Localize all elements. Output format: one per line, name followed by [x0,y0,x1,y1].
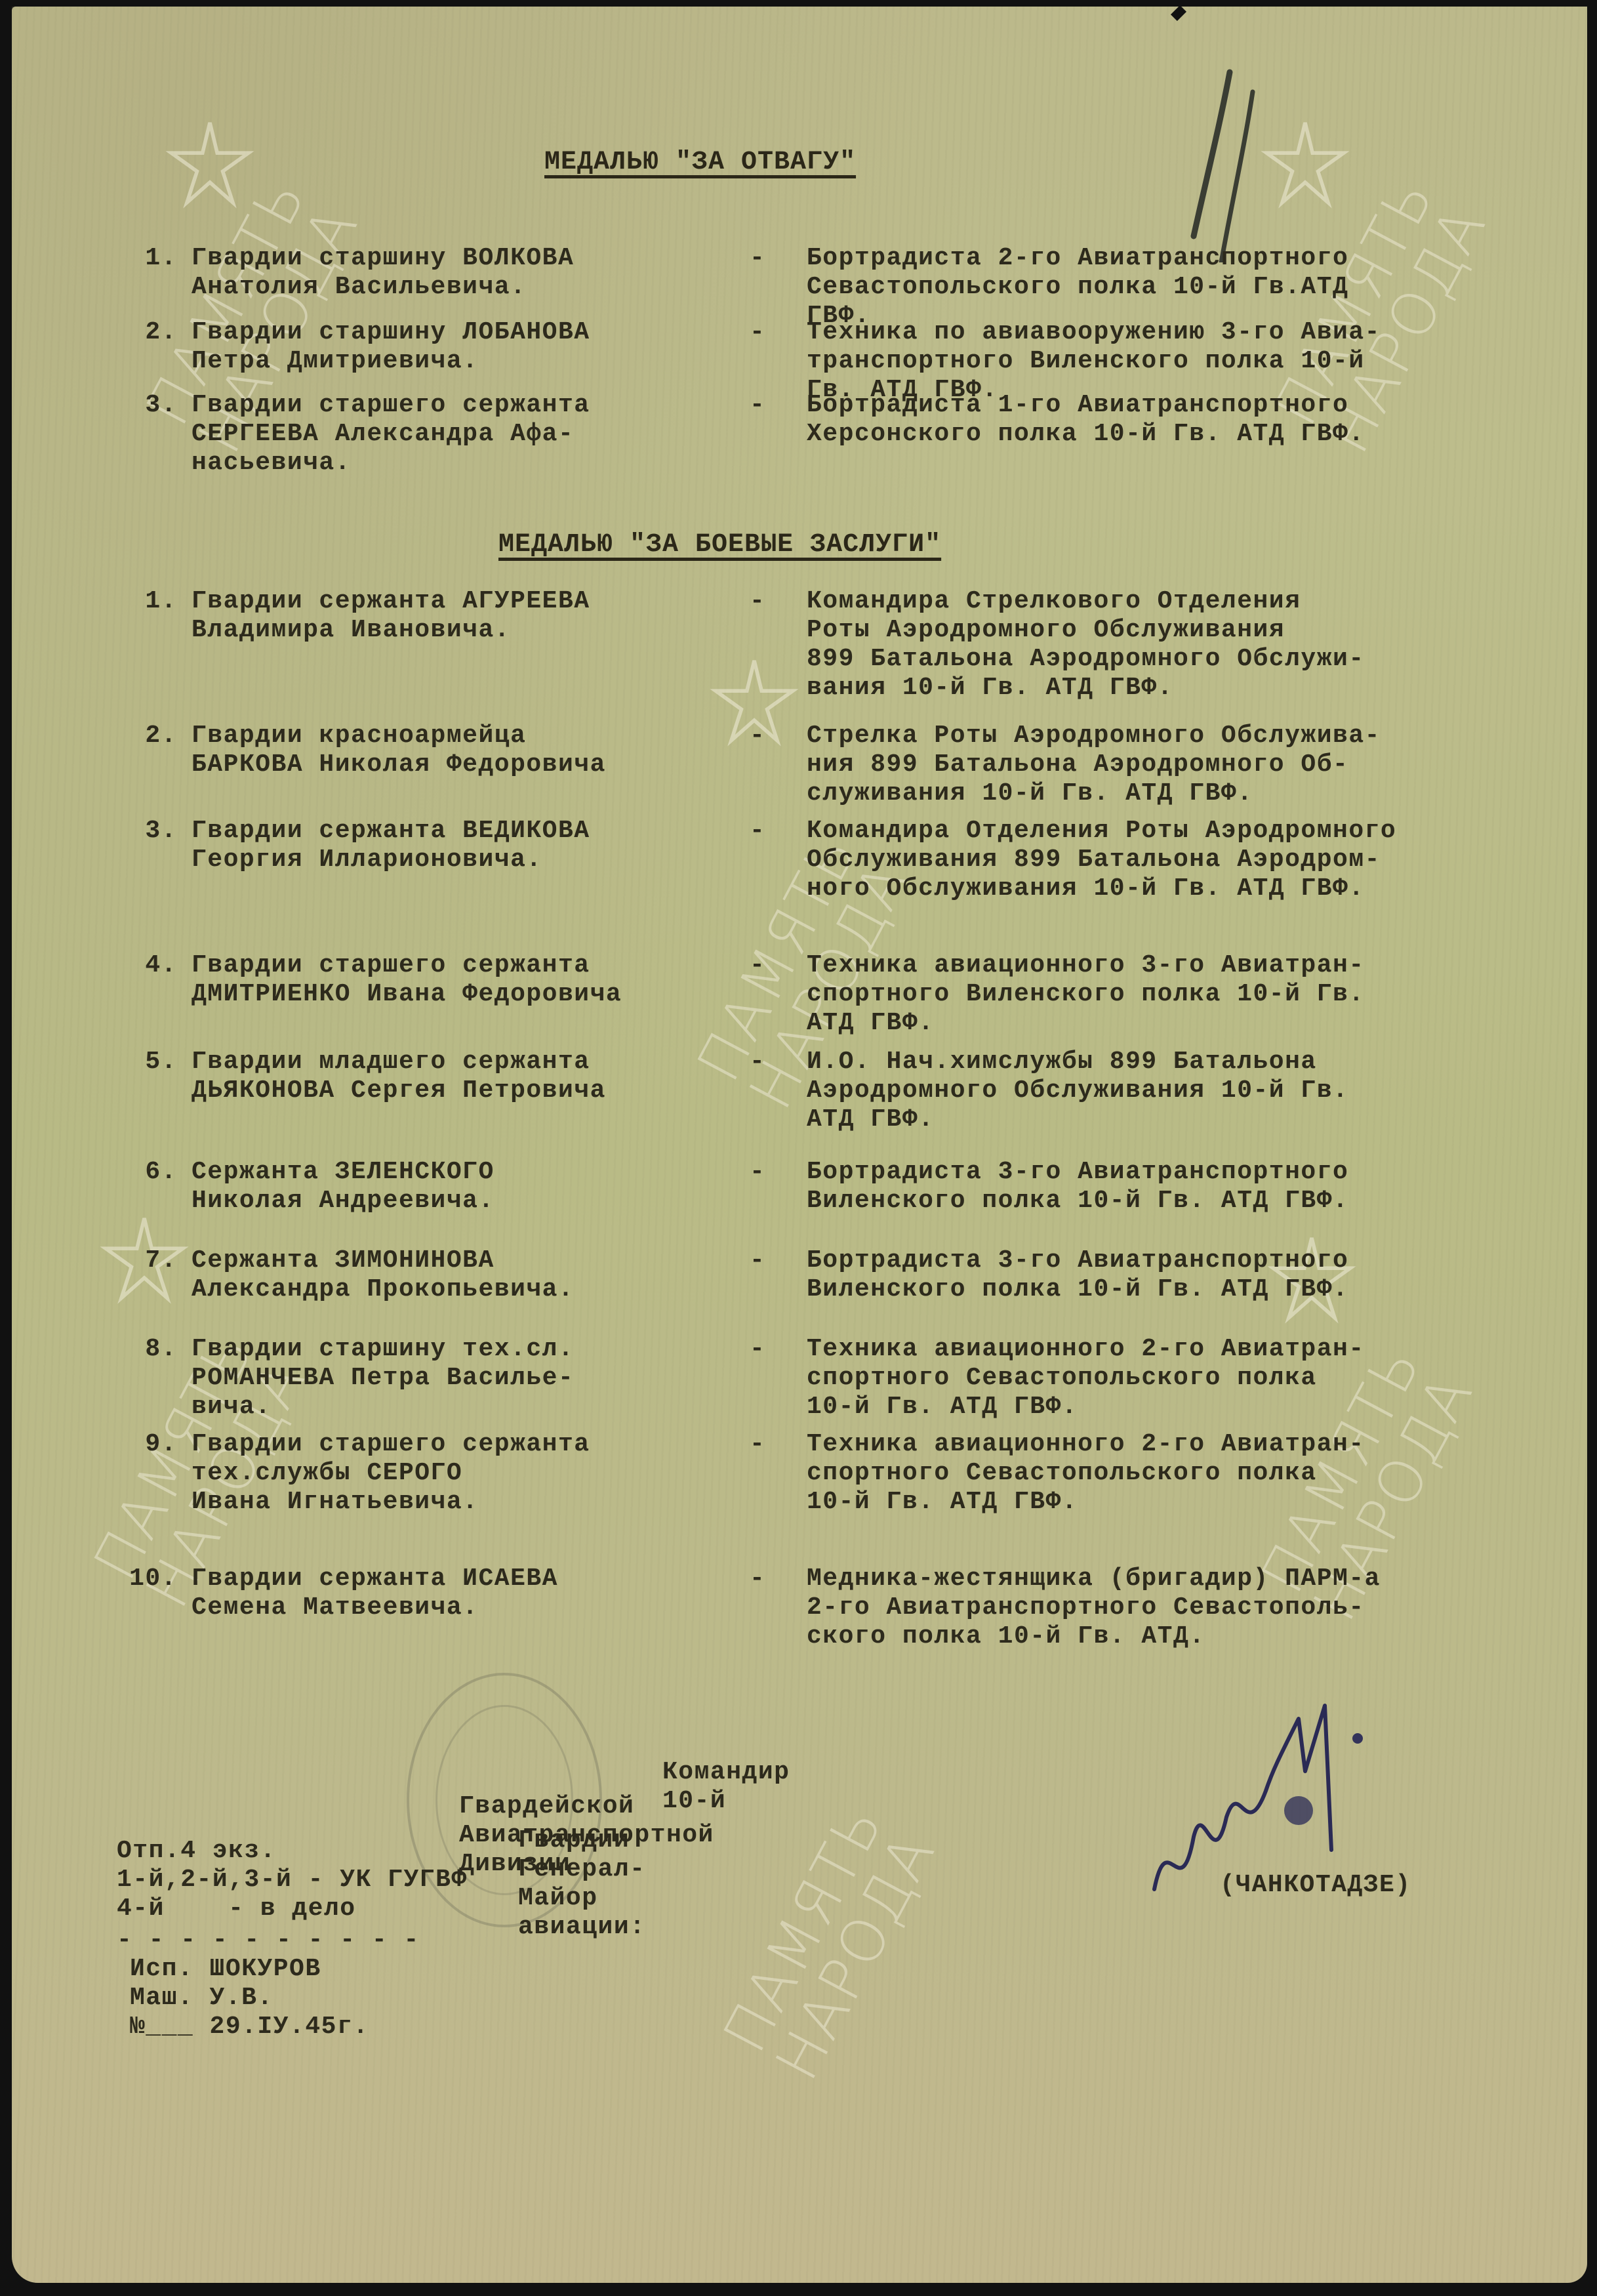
distribution-notes: Отп.4 экз. 1-й,2-й,3-й - УК ГУГВФ 4-й - … [117,1837,468,2041]
entry-number: 1. [118,587,177,616]
typist: Маш. У.В. [130,1984,468,2013]
separator-dash: - [750,817,765,846]
signer-name: (ЧАНКОТАДЗЕ) [1220,1871,1411,1900]
recipient-name: Гвардии старшего сержанта тех.службы СЕР… [192,1430,749,1517]
recipient-position: Техника авиационного 3-го Авиатран- спор… [807,951,1574,1038]
separator-dash: - [750,391,765,420]
recipient-name: Гвардии старшего сержанта СЕРГЕЕВА Алекс… [192,391,749,478]
recipient-position: Медника-жестянщика (бригадир) ПАРМ-а 2-г… [807,1565,1574,1651]
recipient-position: И.О. Нач.химслужбы 899 Батальона Аэродро… [807,1048,1574,1134]
recipient-name: Гвардии сержанта АГУРЕЕВА Владимира Иван… [192,587,749,645]
entry-number: 2. [118,722,177,750]
recipient-position: Бортрадиста 3-го Авиатранспортного Вилен… [807,1158,1574,1216]
entry-number: 2. [118,318,177,347]
separator-dash: - [750,587,765,616]
recipient-name: Сержанта ЗИМОНИНОВА Александра Прокопьев… [192,1246,749,1304]
separator-dash: - [750,1565,765,1593]
copy-filed: 4-й - в дело [117,1895,468,1923]
recipient-position: Бортрадиста 3-го Авиатранспортного Вилен… [807,1246,1574,1304]
entry-number: 5. [118,1048,177,1076]
entry-number: 4. [118,951,177,980]
entry-number: 10. [118,1565,177,1593]
recipient-name: Гвардии сержанта ВЕДИКОВА Георгия Иллари… [192,817,749,874]
separator-dash: - [750,1335,765,1364]
entry-number: 3. [118,817,177,846]
separator-dash: - [750,1246,765,1275]
recipient-name: Гвардии старшину тех.сл. РОМАНЧЕВА Петра… [192,1335,749,1422]
signature-line-rank: Гвардии Генерал-Майор авиации: [518,1826,645,1942]
separator-dash: - [750,1430,765,1459]
section-title-for-bravery: МЕДАЛЬЮ "ЗА ОТВАГУ" [544,148,856,177]
separator-dash: - [750,1158,765,1187]
recipient-name: Гвардии старшего сержанта ДМИТРИЕНКО Ива… [192,951,749,1009]
separator-dash: - [750,1048,765,1076]
recipient-name: Гвардии старшину ЛОБАНОВА Петра Дмитриев… [192,318,749,376]
recipient-position: Техника авиационного 2-го Авиатран- спор… [807,1335,1574,1422]
entry-number: 9. [118,1430,177,1459]
recipient-name: Гвардии сержанта ИСАЕВА Семена Матвеевич… [192,1565,749,1622]
separator-dash: - [750,951,765,980]
recipient-position: Бортрадиста 1-го Авиатранспортного Херсо… [807,391,1574,449]
recipient-position: Стрелка Роты Аэродромного Обслужива- ния… [807,722,1574,808]
recipient-position: Техника авиационного 2-го Авиатран- спор… [807,1430,1574,1517]
recipient-name: Сержанта ЗЕЛЕНСКОГО Николая Андреевича. [192,1158,749,1216]
recipient-position: Командира Отделения Роты Аэродромного Об… [807,817,1574,903]
copies-recipients: 1-й,2-й,3-й - УК ГУГВФ [117,1866,468,1895]
entry-number: 7. [118,1246,177,1275]
recipient-name: Гвардии старшину ВОЛКОВА Анатолия Василь… [192,244,749,302]
entry-number: 6. [118,1158,177,1187]
separator-line: - - - - - - - - - - [117,1926,468,1955]
section-title-combat-merit: МЕДАЛЬЮ "ЗА БОЕВЫЕ ЗАСЛУГИ" [498,530,941,560]
entry-number: 8. [118,1335,177,1364]
separator-dash: - [750,318,765,347]
copies-count: Отп.4 экз. [117,1837,468,1866]
recipient-position: Командира Стрелкового Отделения Роты Аэр… [807,587,1574,703]
recipient-name: Гвардии красноармейца БАРКОВА Николая Фе… [192,722,749,779]
separator-dash: - [750,722,765,750]
entry-number: 1. [118,244,177,273]
separator-dash: - [750,244,765,273]
document-number-date: №___ 29.IУ.45г. [130,2013,468,2041]
recipient-name: Гвардии младшего сержанта ДЬЯКОНОВА Серг… [192,1048,749,1105]
entry-number: 3. [118,391,177,420]
executor: Исп. ШОКУРОВ [130,1955,468,1984]
